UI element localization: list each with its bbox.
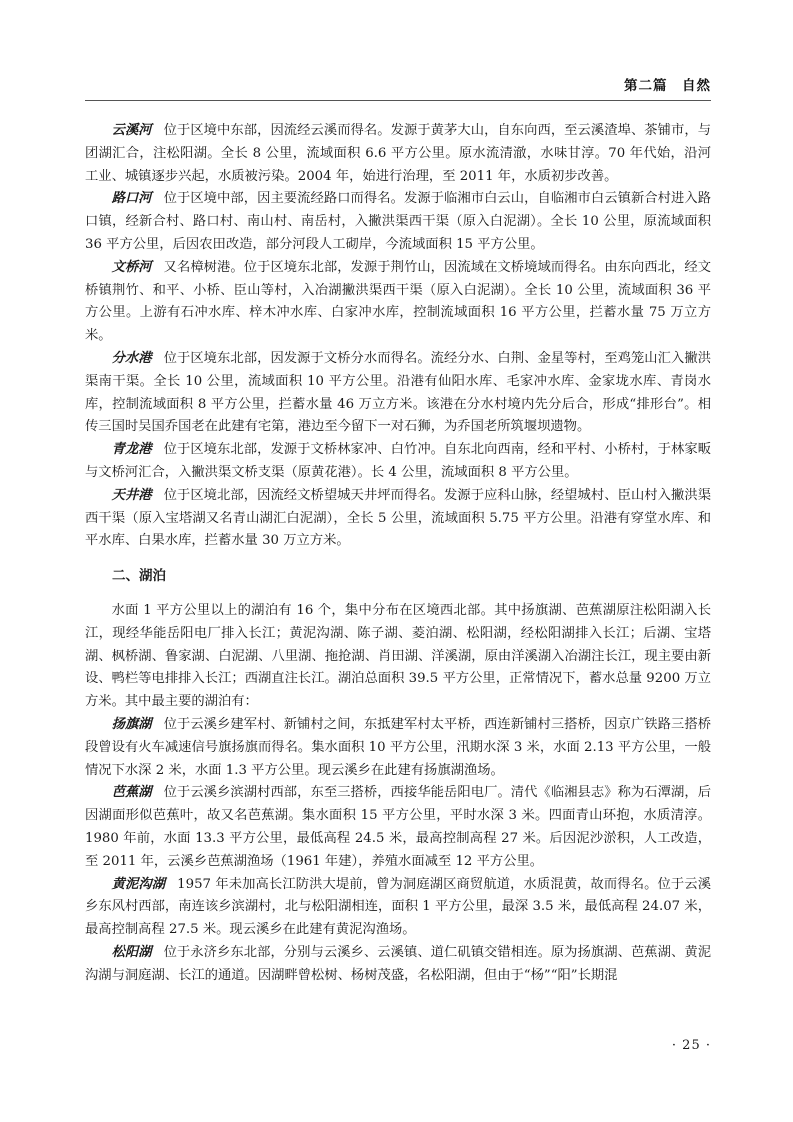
page-header: 第二篇 自然 (85, 74, 711, 101)
river-description: 位于区境中东部，因流经云溪而得名。发源于黄茅大山，自东向西，至云溪渣埠、茶铺市，… (85, 123, 711, 184)
chapter-title: 第二篇 自然 (624, 74, 711, 94)
page-body: 云溪河位于区境中东部，因流经云溪而得名。发源于黄茅大山，自东向西，至云溪渣埠、茶… (85, 120, 711, 987)
river-name: 青龙港 (112, 442, 152, 457)
page-number: · 25 · (672, 1038, 711, 1053)
river-description: 位于区境中部，因主要流经路口而得名。发源于临湘市白云山，自临湘市白云镇新合村进入… (85, 191, 711, 252)
lake-entry: 黄泥沟湖1957 年未加高长江防洪大堤前，曾为洞庭湖区商贸航道，水质混黄，故而得… (85, 874, 711, 942)
lake-entry: 扬旗湖位于云溪乡建军村、新铺村之间，东抵建军村太平桥，西连新铺村三搭桥，因京广铁… (85, 714, 711, 782)
lake-name: 芭蕉湖 (112, 785, 152, 800)
river-name: 文桥河 (112, 260, 152, 275)
river-name: 分水港 (112, 351, 152, 366)
river-name: 路口河 (112, 191, 152, 206)
river-entry: 分水港位于区境东北部，因发源于文桥分水而得名。流经分水、白荆、金星等村，至鸡笼山… (85, 348, 711, 439)
river-name: 云溪河 (112, 123, 152, 138)
lake-name: 黄泥沟湖 (112, 877, 166, 892)
lake-description: 位于云溪乡建军村、新铺村之间，东抵建军村太平桥，西连新铺村三搭桥，因京广铁路三搭… (85, 717, 711, 778)
lake-description: 1957 年未加高长江防洪大堤前，曾为洞庭湖区商贸航道，水质混黄，故而得名。位于… (85, 877, 711, 938)
lake-entry: 芭蕉湖位于云溪乡滨湖村西部，东至三搭桥，西接华能岳阳电厂。清代《临湘县志》称为石… (85, 782, 711, 873)
lake-description: 位于云溪乡滨湖村西部，东至三搭桥，西接华能岳阳电厂。清代《临湘县志》称为石潭湖，… (85, 785, 711, 868)
section-heading-lakes: 二、湖泊 (85, 565, 711, 588)
river-description: 位于区境北部，因流经文桥望城天井坪而得名。发源于应科山脉，经望城村、臣山村入撇洪… (85, 488, 711, 549)
lake-description: 位于永济乡东北部，分别与云溪乡、云溪镇、道仁矶镇交错相连。原为扬旗湖、芭蕉湖、黄… (85, 945, 711, 983)
river-description: 位于区境东北部，因发源于文桥分水而得名。流经分水、白荆、金星等村，至鸡笼山汇入撇… (85, 351, 711, 434)
river-entry: 文桥河又名樟树港。位于区境东北部，发源于荆竹山，因流域在文桥境域而得名。由东向西… (85, 257, 711, 348)
river-description: 又名樟树港。位于区境东北部，发源于荆竹山，因流域在文桥境域而得名。由东向西北，经… (85, 260, 711, 343)
river-description: 位于区境东北部，发源于文桥林家冲、白竹冲。自东北向西南，经和平村、小桥村，于林家… (85, 442, 711, 480)
lake-name: 扬旗湖 (112, 717, 152, 732)
river-entry: 云溪河位于区境中东部，因流经云溪而得名。发源于黄茅大山，自东向西，至云溪渣埠、茶… (85, 120, 711, 188)
lake-name: 松阳湖 (112, 945, 152, 960)
river-entry: 天井港位于区境北部，因流经文桥望城天井坪而得名。发源于应科山脉，经望城村、臣山村… (85, 485, 711, 553)
river-entry: 青龙港位于区境东北部，发源于文桥林家冲、白竹冲。自东北向西南，经和平村、小桥村，… (85, 439, 711, 485)
river-name: 天井港 (112, 488, 152, 503)
lakes-intro: 水面 1 平方公里以上的湖泊有 16 个，集中分布在区境西北部。其中扬旗湖、芭蕉… (85, 600, 711, 714)
river-entry: 路口河位于区境中部，因主要流经路口而得名。发源于临湘市白云山，自临湘市白云镇新合… (85, 188, 711, 256)
lake-entry: 松阳湖位于永济乡东北部，分别与云溪乡、云溪镇、道仁矶镇交错相连。原为扬旗湖、芭蕉… (85, 942, 711, 988)
